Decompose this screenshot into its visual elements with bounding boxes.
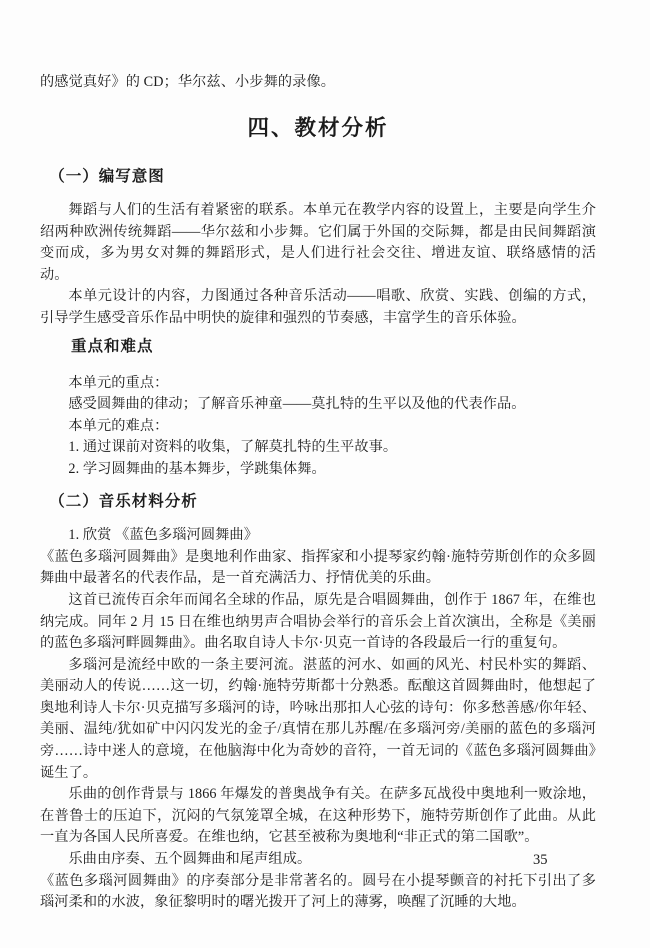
danube-overture-para: 《蓝色多瑙河圆舞曲》的序奏部分是非常著名的。圆号在小提琴颤音的衬托下引出了多瑙河… xyxy=(40,871,596,914)
difficulty-item-1: 1. 通过课前对资料的收集，了解莫扎特的生平故事。 xyxy=(40,437,596,459)
section-1-heading: （一）编写意图 xyxy=(49,166,596,188)
page-number: 35 xyxy=(533,851,548,869)
intent-para-2: 本单元设计的内容，力图通过各种音乐活动——唱歌、欣赏、实践、创编的方式，引导学生… xyxy=(40,286,596,329)
intent-para-1: 舞蹈与人们的生活有着紧密的联系。本单元在教学内容的设置上，主要是向学生介绍两种欧… xyxy=(40,200,596,286)
carryover-line: 的感觉真好》的 CD；华尔兹、小步舞的录像。 xyxy=(40,72,596,94)
danube-background-para: 乐曲的创作背景与 1866 年爆发的普奥战争有关。在萨多瓦战役中奥地利一败涂地，… xyxy=(40,784,596,849)
section-2-heading: （二）音乐材料分析 xyxy=(49,491,596,513)
section-music-material-analysis: （二）音乐材料分析 1. 欣赏 《蓝色多瑙河圆舞曲》 《蓝色多瑙河圆舞曲》是奥地… xyxy=(40,491,596,914)
scanned-book-page: 的感觉真好》的 CD；华尔兹、小步舞的录像。 四、教材分析 （一）编写意图 舞蹈… xyxy=(0,0,650,948)
page-title: 四、教材分析 xyxy=(40,114,596,142)
key-points-text: 感受圆舞曲的律动；了解音乐神童——莫扎特的生平以及他的代表作品。 xyxy=(40,394,596,416)
difficulties-intro: 本单元的难点： xyxy=(40,416,596,438)
section-editorial-intent: （一）编写意图 舞蹈与人们的生活有着紧密的联系。本单元在教学内容的设置上，主要是… xyxy=(40,166,596,481)
key-points-intro: 本单元的重点： xyxy=(40,373,596,395)
danube-history-para: 这首已流传百余年而闻名全球的作品，原先是合唱圆舞曲，创作于 1867 年，在维也… xyxy=(40,590,596,655)
danube-intro-para: 《蓝色多瑙河圆舞曲》是奥地利作曲家、指挥家和小提琴家约翰·施特劳斯创作的众多圆舞… xyxy=(40,547,596,590)
difficulty-item-2: 2. 学习圆舞曲的基本舞步，学跳集体舞。 xyxy=(40,459,596,481)
key-points-heading: 重点和难点 xyxy=(71,336,596,358)
danube-structure-para: 乐曲由序奏、五个圆舞曲和尾声组成。 xyxy=(40,849,596,871)
listening-item-title: 1. 欣赏 《蓝色多瑙河圆舞曲》 xyxy=(40,525,596,547)
danube-river-para: 多瑙河是流经中欧的一条主要河流。湛蓝的河水、如画的风光、村民朴实的舞蹈、美丽动人… xyxy=(40,655,596,785)
